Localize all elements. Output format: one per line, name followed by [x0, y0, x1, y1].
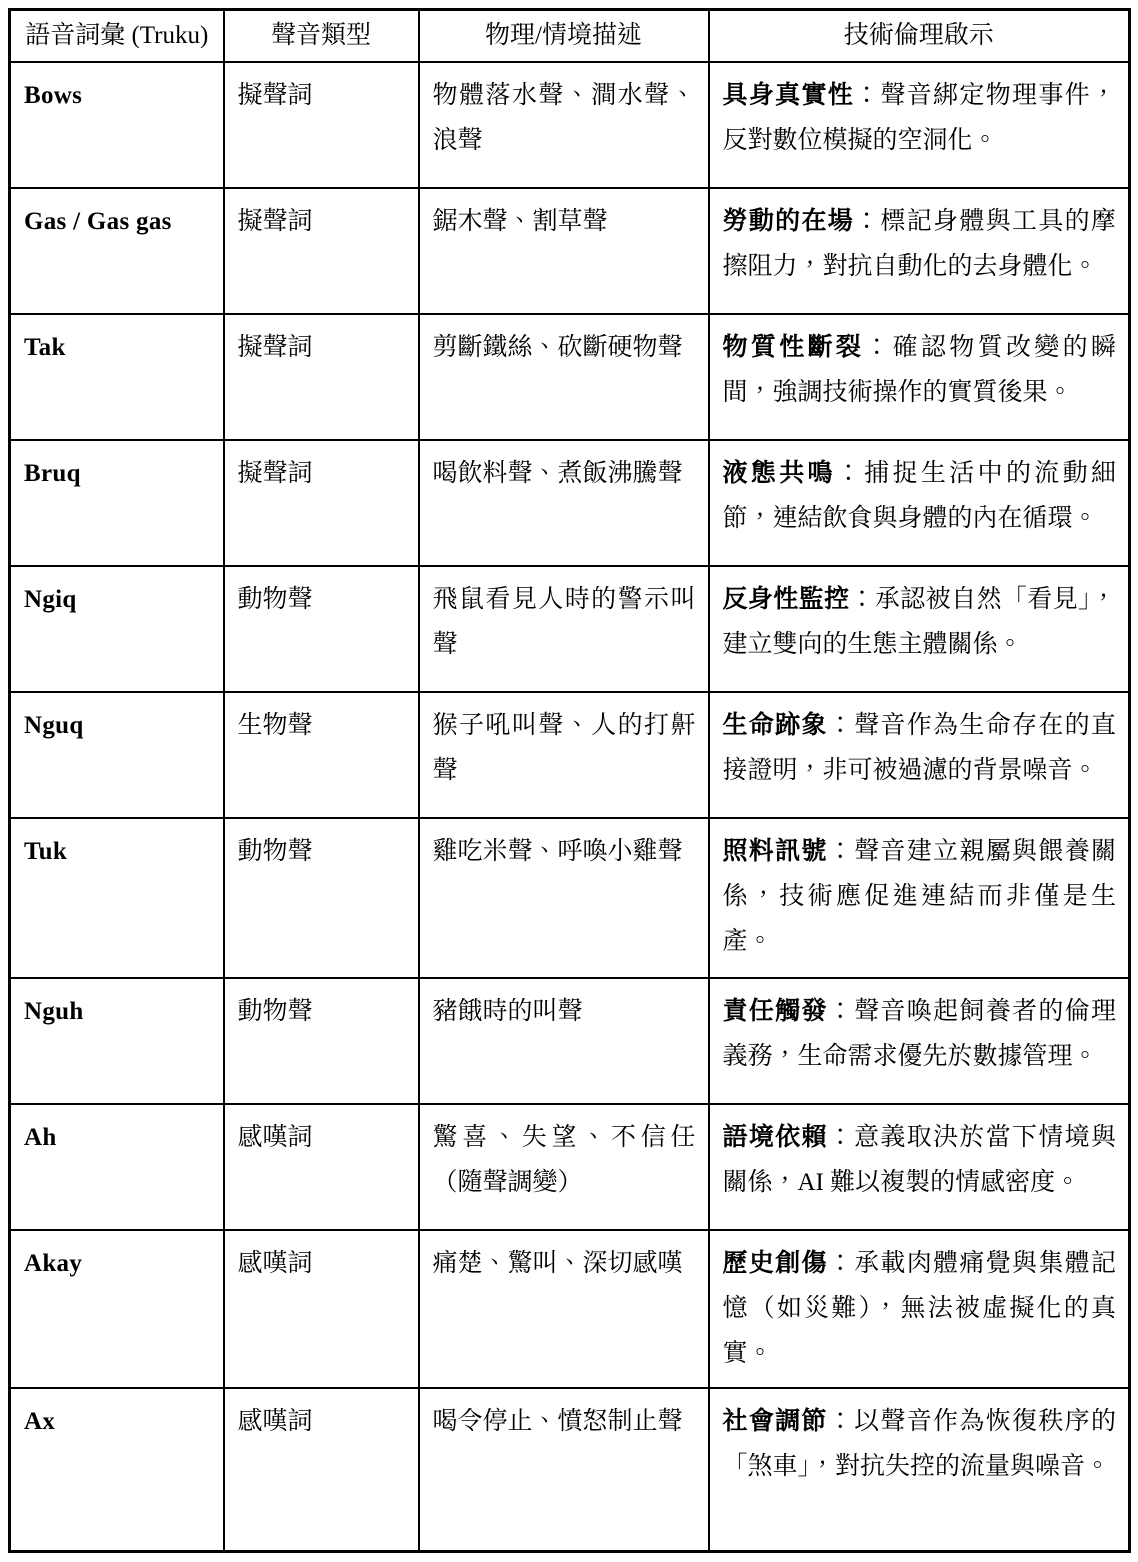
type-cell: 動物聲 — [224, 818, 419, 978]
ethics-cell: 社會調節：以聲音作為恢復秩序的「煞車」，對抗失控的流量與噪音。 — [709, 1388, 1130, 1552]
ethics-lead-term: 責任觸發 — [723, 998, 828, 1025]
type-cell: 感嘆詞 — [224, 1230, 419, 1388]
table-row: Bows 擬聲詞 物體落水聲、澗水聲、浪聲 具身真實性：聲音綁定物理事件，反對數… — [10, 62, 1130, 188]
description-cell: 物體落水聲、澗水聲、浪聲 — [419, 62, 709, 188]
term-cell: Gas / Gas gas — [10, 188, 224, 314]
term-cell: Tuk — [10, 818, 224, 978]
document-page: 語音詞彙 (Truku) 聲音類型 物理/情境描述 技術倫理啟示 Bows 擬聲… — [0, 0, 1138, 1562]
table-row: Nguq 生物聲 猴子吼叫聲、人的打鼾聲 生命跡象：聲音作為生命存在的直接證明，… — [10, 692, 1130, 818]
ethics-cell: 勞動的在場：標記身體與工具的摩擦阻力，對抗自動化的去身體化。 — [709, 188, 1130, 314]
description-cell: 豬餓時的叫聲 — [419, 978, 709, 1104]
ethics-lead-term: 勞動的在場 — [723, 208, 855, 235]
table-row: Gas / Gas gas 擬聲詞 鋸木聲、割草聲 勞動的在場：標記身體與工具的… — [10, 188, 1130, 314]
term-cell: Tak — [10, 314, 224, 440]
ethics-cell: 歷史創傷：承載肉體痛覺與集體記憶（如災難），無法被虛擬化的真實。 — [709, 1230, 1130, 1388]
type-cell: 擬聲詞 — [224, 62, 419, 188]
description-cell: 猴子吼叫聲、人的打鼾聲 — [419, 692, 709, 818]
table-row: Nguh 動物聲 豬餓時的叫聲 責任觸發：聲音喚起飼養者的倫理義務，生命需求優先… — [10, 978, 1130, 1104]
description-cell: 喝令停止、憤怒制止聲 — [419, 1388, 709, 1552]
ethics-cell: 反身性監控：承認被自然「看見」，建立雙向的生態主體關係。 — [709, 566, 1130, 692]
type-cell: 生物聲 — [224, 692, 419, 818]
table-row: Bruq 擬聲詞 喝飲料聲、煮飯沸騰聲 液態共鳴：捕捉生活中的流動細節，連結飲食… — [10, 440, 1130, 566]
description-cell: 鋸木聲、割草聲 — [419, 188, 709, 314]
ethics-cell: 照料訊號：聲音建立親屬與餵養關係，技術應促進連結而非僅是生產。 — [709, 818, 1130, 978]
type-cell: 擬聲詞 — [224, 440, 419, 566]
column-header-type: 聲音類型 — [224, 10, 419, 62]
ethics-lead-term: 具身真實性 — [723, 82, 855, 109]
table-header-row: 語音詞彙 (Truku) 聲音類型 物理/情境描述 技術倫理啟示 — [10, 10, 1130, 62]
column-header-term: 語音詞彙 (Truku) — [10, 10, 224, 62]
ethics-cell: 生命跡象：聲音作為生命存在的直接證明，非可被過濾的背景噪音。 — [709, 692, 1130, 818]
type-cell: 擬聲詞 — [224, 188, 419, 314]
ethics-lead-term: 物質性斷裂 — [723, 334, 865, 361]
type-cell: 動物聲 — [224, 978, 419, 1104]
term-cell: Ax — [10, 1388, 224, 1552]
description-cell: 飛鼠看見人時的警示叫聲 — [419, 566, 709, 692]
column-header-description: 物理/情境描述 — [419, 10, 709, 62]
term-cell: Bows — [10, 62, 224, 188]
column-header-ethics: 技術倫理啟示 — [709, 10, 1130, 62]
truku-sound-ethics-table: 語音詞彙 (Truku) 聲音類型 物理/情境描述 技術倫理啟示 Bows 擬聲… — [8, 8, 1131, 1553]
table-row: Ngiq 動物聲 飛鼠看見人時的警示叫聲 反身性監控：承認被自然「看見」，建立雙… — [10, 566, 1130, 692]
term-cell: Ah — [10, 1104, 224, 1230]
type-cell: 擬聲詞 — [224, 314, 419, 440]
ethics-cell: 語境依賴：意義取決於當下情境與關係，AI 難以複製的情感密度。 — [709, 1104, 1130, 1230]
description-cell: 喝飲料聲、煮飯沸騰聲 — [419, 440, 709, 566]
type-cell: 感嘆詞 — [224, 1104, 419, 1230]
term-cell: Nguq — [10, 692, 224, 818]
ethics-cell: 具身真實性：聲音綁定物理事件，反對數位模擬的空洞化。 — [709, 62, 1130, 188]
ethics-lead-term: 反身性監控 — [723, 586, 850, 613]
table-row: Ax 感嘆詞 喝令停止、憤怒制止聲 社會調節：以聲音作為恢復秩序的「煞車」，對抗… — [10, 1388, 1130, 1552]
description-cell: 驚喜、失望、不信任（隨聲調變） — [419, 1104, 709, 1230]
ethics-cell: 物質性斷裂：確認物質改變的瞬間，強調技術操作的實質後果。 — [709, 314, 1130, 440]
term-cell: Ngiq — [10, 566, 224, 692]
ethics-lead-term: 語境依賴 — [723, 1124, 828, 1151]
description-cell: 剪斷鐵絲、砍斷硬物聲 — [419, 314, 709, 440]
description-cell: 痛楚、驚叫、深切感嘆 — [419, 1230, 709, 1388]
ethics-cell: 責任觸發：聲音喚起飼養者的倫理義務，生命需求優先於數據管理。 — [709, 978, 1130, 1104]
ethics-lead-term: 社會調節 — [723, 1408, 828, 1435]
term-cell: Nguh — [10, 978, 224, 1104]
description-cell: 雞吃米聲、呼喚小雞聲 — [419, 818, 709, 978]
ethics-lead-term: 液態共鳴 — [723, 460, 836, 487]
table-row: Akay 感嘆詞 痛楚、驚叫、深切感嘆 歷史創傷：承載肉體痛覺與集體記憶（如災難… — [10, 1230, 1130, 1388]
ethics-cell: 液態共鳴：捕捉生活中的流動細節，連結飲食與身體的內在循環。 — [709, 440, 1130, 566]
ethics-lead-term: 歷史創傷 — [723, 1250, 828, 1277]
term-cell: Bruq — [10, 440, 224, 566]
table-row: Tak 擬聲詞 剪斷鐵絲、砍斷硬物聲 物質性斷裂：確認物質改變的瞬間，強調技術操… — [10, 314, 1130, 440]
ethics-lead-term: 照料訊號 — [723, 838, 828, 865]
type-cell: 動物聲 — [224, 566, 419, 692]
table-row: Tuk 動物聲 雞吃米聲、呼喚小雞聲 照料訊號：聲音建立親屬與餵養關係，技術應促… — [10, 818, 1130, 978]
table-row: Ah 感嘆詞 驚喜、失望、不信任（隨聲調變） 語境依賴：意義取決於當下情境與關係… — [10, 1104, 1130, 1230]
term-cell: Akay — [10, 1230, 224, 1388]
type-cell: 感嘆詞 — [224, 1388, 419, 1552]
ethics-lead-term: 生命跡象 — [723, 712, 828, 739]
